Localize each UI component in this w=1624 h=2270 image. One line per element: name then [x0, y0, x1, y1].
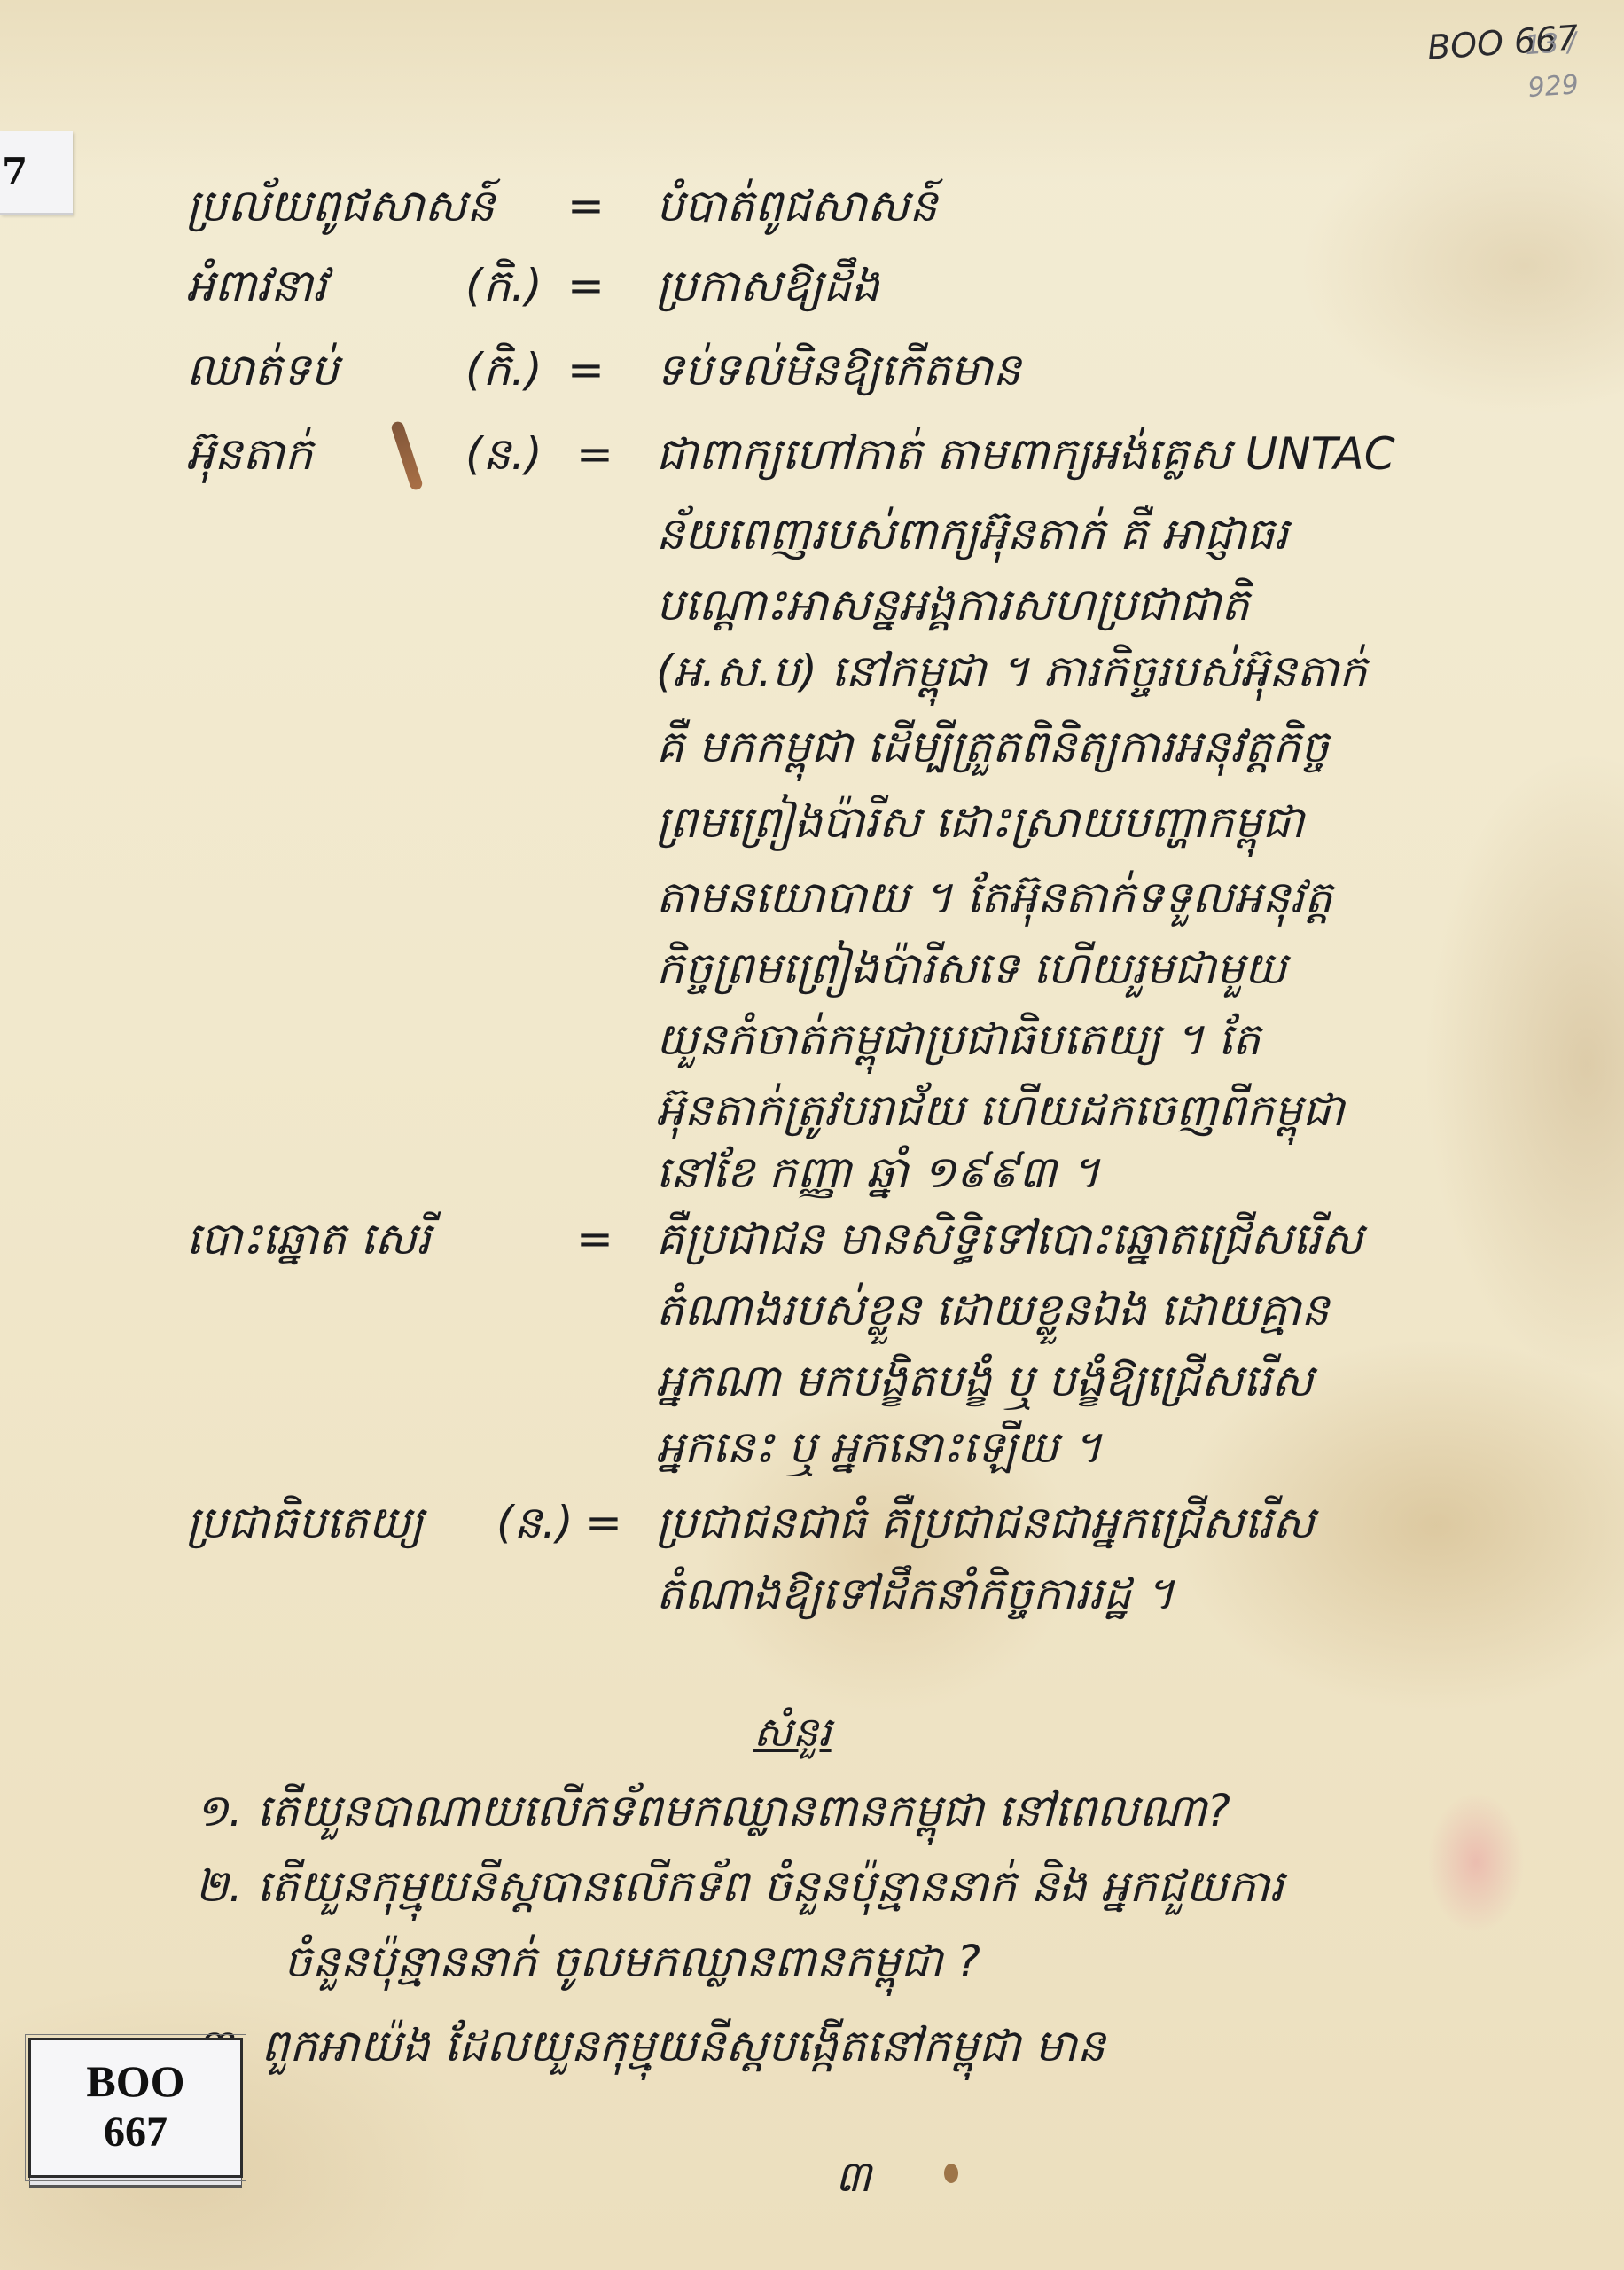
glossary-definition-line: តាមនយោបាយ ។ តែអ៊ុនតាក់ទទួលអនុវត្ត — [656, 869, 1332, 926]
handwritten-archive-mark: BOO 667 13 / 929 — [1426, 20, 1580, 66]
glossary-definition-line: កិច្ចព្រមព្រៀងប៉ារីសទេ ហើយរួមជាមួយ — [656, 940, 1286, 997]
glossary-definition-line: បណ្ដោះអាសន្នអង្គការសហប្រជាជាតិ — [656, 576, 1249, 633]
equals-sign: = — [576, 426, 613, 482]
equals-sign: = — [576, 1210, 613, 1267]
glossary-definition: បំបាត់ពូជសាសន៍ — [656, 177, 937, 234]
question-1: ១. តើយួនបាណាយលើកទ័ពមកឈ្លានពានកម្ពុជា នៅព… — [195, 1782, 1230, 1839]
glossary-definition-line: យួនកំចាត់កម្ពុជាប្រជាធិបតេយ្យ ។ តែ — [656, 1011, 1261, 1068]
call-number-digits: 667 — [31, 2108, 240, 2157]
question-3: ៣. ពួកអាយ៉ង ដែលយួនកុម្មុយនីស្ដបង្កើតនៅកម… — [195, 2017, 1105, 2074]
glossary-term: បោះឆ្នោត សេរី — [186, 1210, 431, 1267]
equals-sign: = — [567, 341, 605, 398]
call-number-label: BOO 667 — [28, 2038, 243, 2178]
part-of-speech: (ន.) — [465, 426, 543, 482]
glossary-term: អំពាវនាវ — [186, 257, 327, 314]
glossary-definition-line: អ្នកនេះ ឬ អ្នកនោះឡើយ ។ — [656, 1419, 1102, 1475]
ink-stain — [390, 420, 424, 491]
part-of-speech: (កិ.) — [465, 257, 543, 314]
call-number-prefix: BOO — [31, 2055, 240, 2108]
glossary-definition-line: នៅខែ កញ្ញា ឆ្នាំ ១៩៩៣ ។ — [656, 1144, 1100, 1201]
page-top-shading — [0, 0, 1624, 186]
equals-sign: = — [567, 177, 605, 234]
page-number: ៣ — [835, 2150, 871, 2212]
glossary-definition-line: ជាពាក្យហៅកាត់ តាមពាក្យអង់គ្លេស UNTAC — [656, 426, 1395, 482]
glossary-definition-line: ព្រមព្រៀងប៉ារីស ដោះស្រាយបញ្ហាកម្ពុជា — [656, 794, 1304, 850]
glossary-definition-line: តំណាងឱ្យទៅដឹកនាំកិច្ចការរដ្ឋ ។ — [656, 1565, 1175, 1622]
glossary-term: ប្រជាធិបតេយ្យ — [186, 1494, 424, 1551]
equals-sign: = — [567, 257, 605, 314]
glossary-definition: ទប់ទល់មិនឱ្យកើតមាន — [656, 341, 1021, 398]
questions-heading: សំនួរ — [753, 1707, 832, 1766]
glossary-definition-line: គឺប្រជាជន មានសិទ្ធិទៅបោះឆ្នោតជ្រើសរើស — [656, 1210, 1363, 1267]
side-index-tab: 7 — [0, 131, 73, 215]
glossary-definition-line: អ្នកណា មកបង្ខិតបង្ខំ ឬ បង្ខំឱ្យជ្រើសរើស — [656, 1352, 1314, 1409]
part-of-speech: (ន.) — [496, 1494, 574, 1551]
question-2: ២. តើយួនកុម្មុយនីស្ដបានលើកទ័ព ចំនួនប៉ុន្… — [195, 1858, 1284, 1914]
part-of-speech: (កិ.) — [465, 341, 543, 398]
glossary-term: ឈាត់ទប់ — [186, 341, 339, 398]
faded-red-stamp — [1427, 1791, 1525, 1933]
glossary-definition-line: គឺ មកកម្ពុជា ដើម្បីត្រួតពិនិត្យការអនុវត្… — [656, 718, 1329, 775]
equals-sign: = — [585, 1494, 622, 1551]
glossary-definition-line: ប្រជាជនជាធំ គឺប្រជាជនជាអ្នកជ្រើសរើស — [656, 1494, 1315, 1551]
glossary-definition-line: អ៊ុនតាក់ត្រូវបរាជ័យ ហើយដកចេញពីកម្ពុជា — [656, 1082, 1345, 1139]
glossary-definition-line: (អ.ស.ប) នៅកម្ពុជា ។ ភារកិច្ចរបស់អ៊ុនតាក់ — [656, 643, 1367, 700]
glossary-definition-line: ន័យពេញរបស់ពាក្យអ៊ុនតាក់ គឺ អាជ្ញាធរ — [656, 505, 1288, 562]
glossary-definition: ប្រកាសឱ្យដឹង — [656, 257, 879, 314]
question-2-continued: ចំនួនប៉ុន្មាននាក់ ចូលមកឈ្លានពានកម្ពុជា ? — [284, 1933, 980, 1990]
glossary-term: អ៊ុនតាក់ — [186, 426, 313, 482]
ink-blot — [944, 2164, 958, 2183]
archive-mark-pencil: 13 / 929 — [1524, 21, 1583, 110]
glossary-definition-line: តំណាងរបស់ខ្លួន ដោយខ្លួនឯង ដោយគ្មាន — [656, 1281, 1329, 1338]
scanned-page: BOO 667 13 / 929 7 ប្រល័យពូជសាសន៍ = បំបា… — [0, 0, 1624, 2270]
glossary-term: ប្រល័យពូជសាសន៍ — [186, 177, 495, 234]
